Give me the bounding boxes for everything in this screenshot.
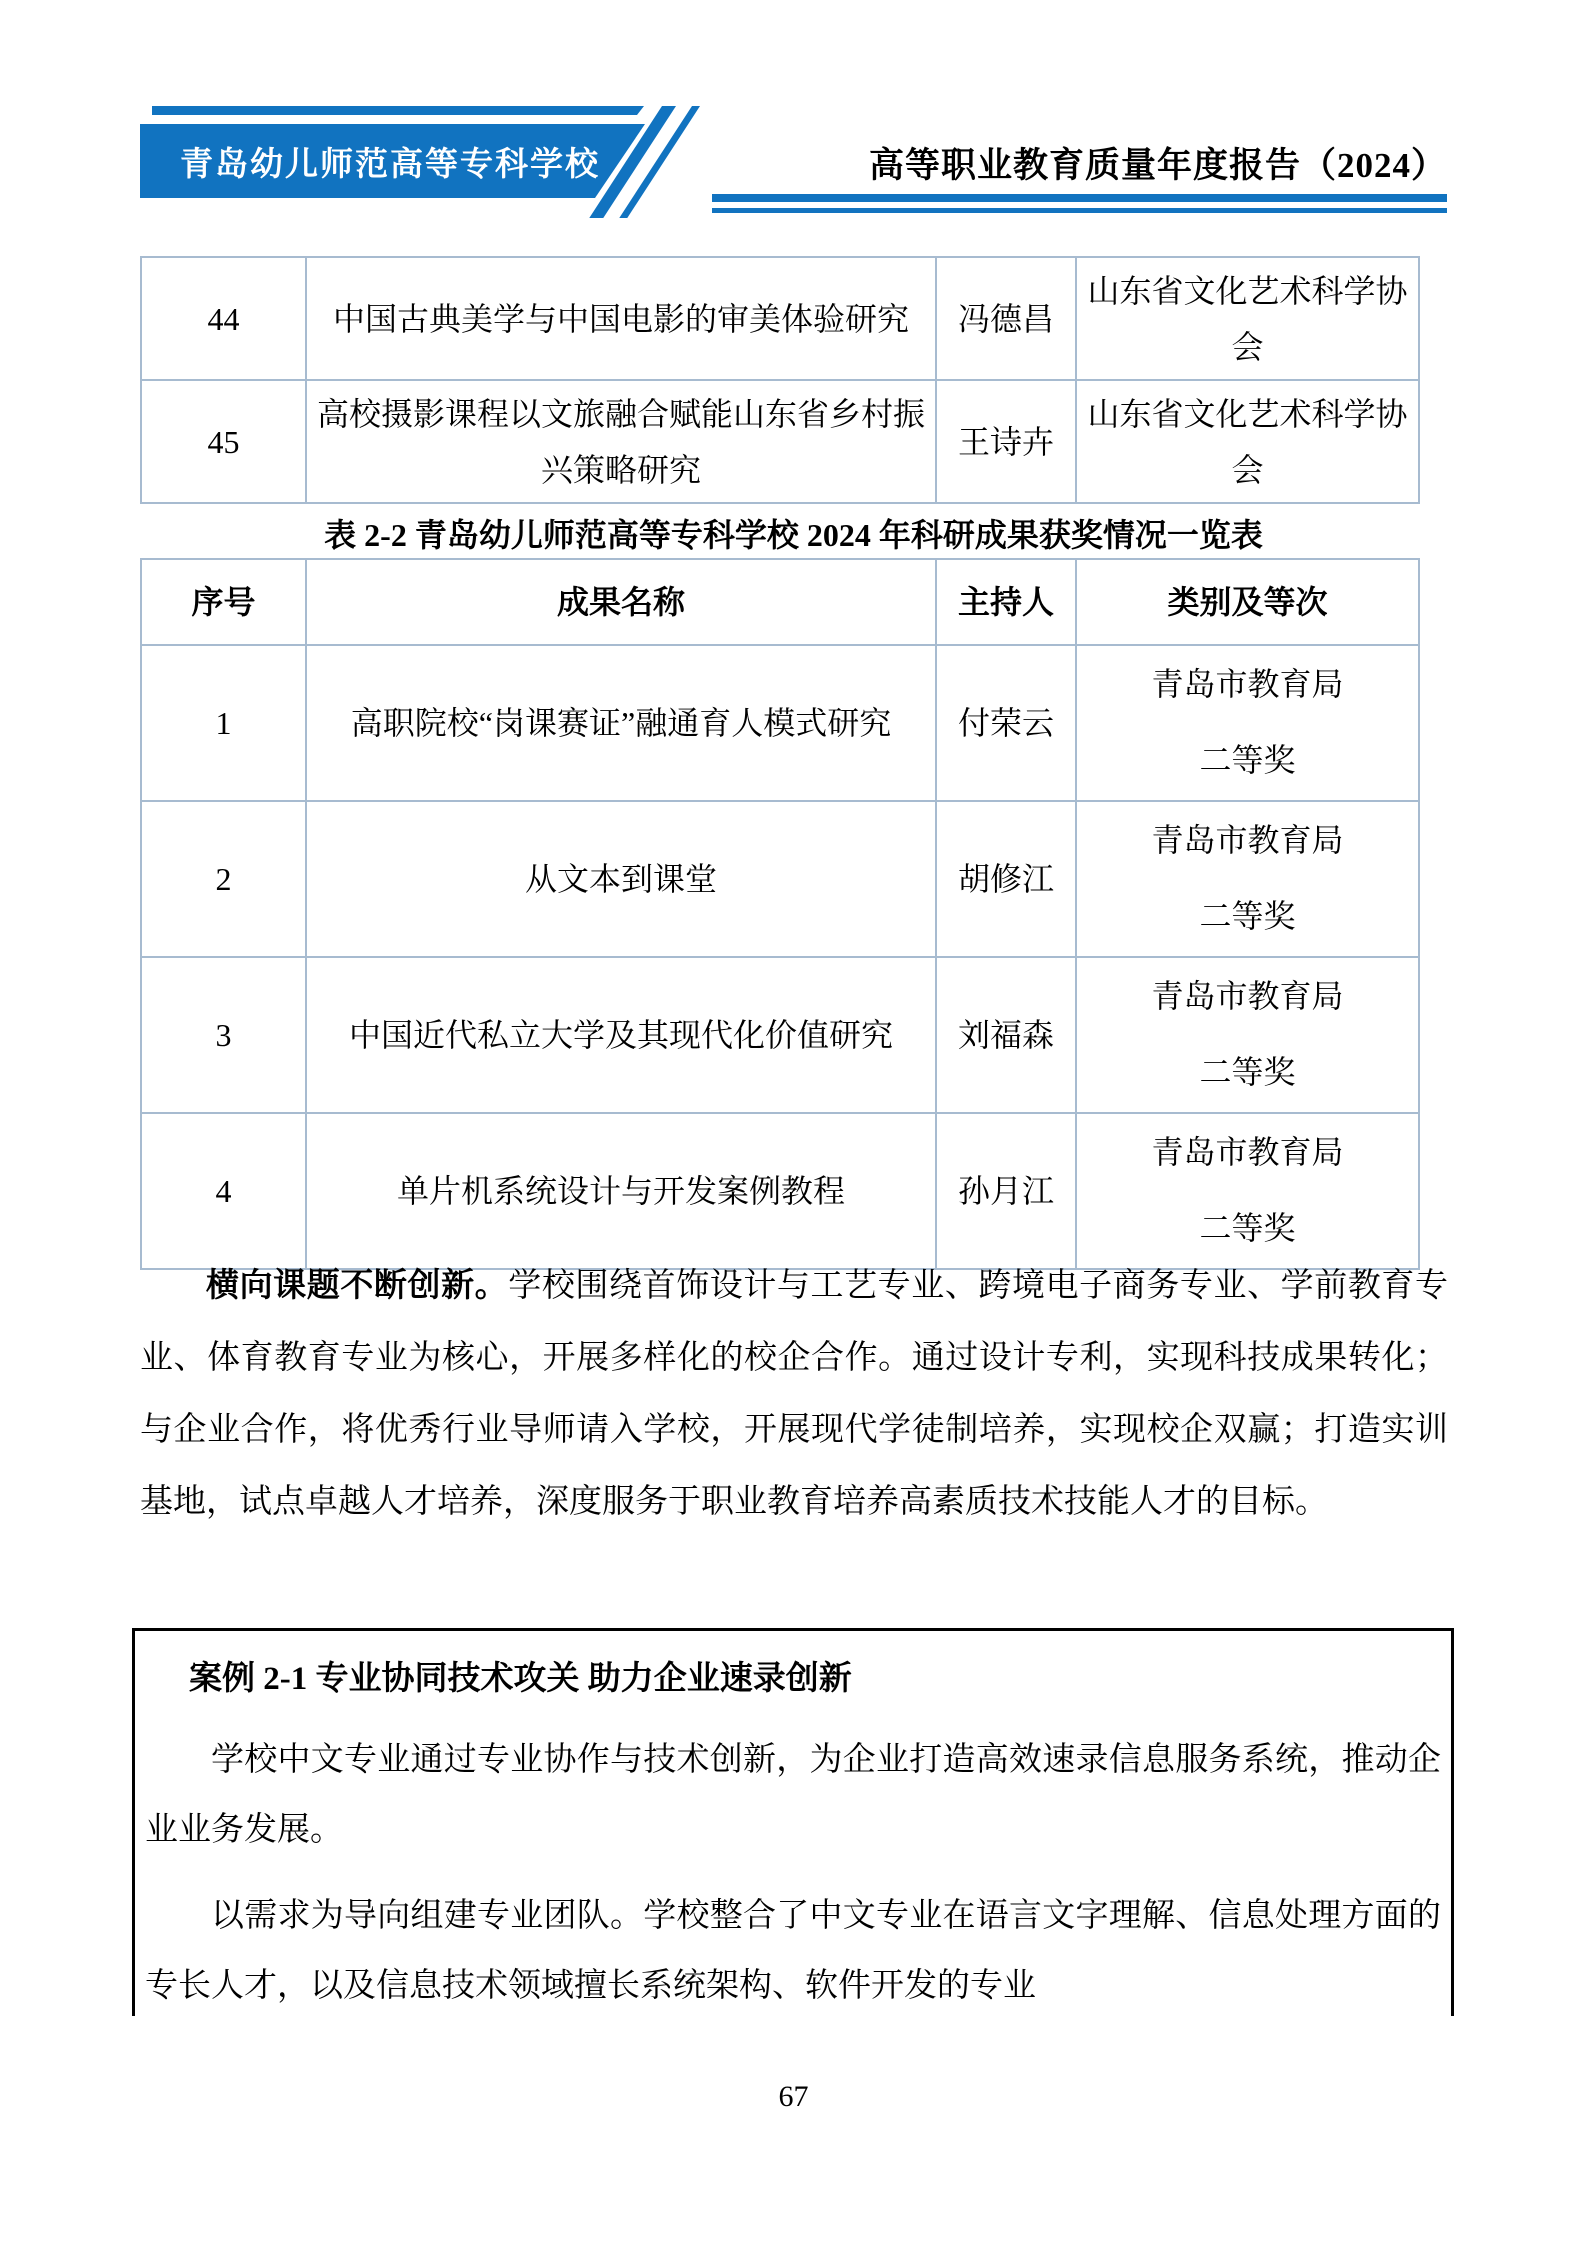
body-paragraph: 横向课题不断创新。学校围绕首饰设计与工艺专业、跨境电子商务专业、学前教育专业、体… [140,1250,1448,1538]
header-no: 序号 [141,559,306,645]
table-row: 3 中国近代私立大学及其现代化价值研究 刘福森 青岛市教育局 二等奖 [141,957,1419,1113]
leader-cell: 胡修江 [936,801,1076,957]
paragraph-lead: 横向课题不断创新。 [206,1268,508,1304]
project-name-cell: 中国古典美学与中国电影的审美体验研究 [306,257,936,380]
achievement-name-cell: 中国近代私立大学及其现代化价值研究 [306,957,936,1113]
category-award-cell: 青岛市教育局 二等奖 [1076,801,1419,957]
award-level: 二等奖 [1199,1052,1295,1094]
row-number-cell: 2 [141,801,306,957]
leader-cell: 孙月江 [936,1113,1076,1269]
case-paragraph-2: 以需求为导向组建专业团队。学校整合了中文专业在语言文字理解、信息处理方面的专长人… [145,1881,1441,2016]
table-caption: 表 2-2 青岛幼儿师范高等专科学校 2024 年科研成果获奖情况一览表 [140,510,1447,556]
award-level: 二等奖 [1199,896,1295,938]
header-rule-thick [712,194,1447,202]
award-stack: 青岛市教育局 二等奖 [1085,806,1410,952]
org-cell: 山东省文化艺术科学协会 [1076,257,1419,380]
category-award-cell: 青岛市教育局 二等奖 [1076,1113,1419,1269]
leader-cell: 付荣云 [936,645,1076,801]
table-row: 2 从文本到课堂 胡修江 青岛市教育局 二等奖 [141,801,1419,957]
project-name-cell: 高校摄影课程以文旅融合赋能山东省乡村振兴策略研究 [306,380,936,503]
award-level: 二等奖 [1199,1208,1295,1250]
org-cell: 山东省文化艺术科学协会 [1076,380,1419,503]
award-stack: 青岛市教育局 二等奖 [1085,962,1410,1108]
page-number: 67 [0,2080,1587,2114]
row-number-cell: 1 [141,645,306,801]
award-stack: 青岛市教育局 二等奖 [1085,650,1410,796]
leader-cell: 刘福森 [936,957,1076,1113]
header-name: 成果名称 [306,559,936,645]
achievement-name-cell: 从文本到课堂 [306,801,936,957]
award-category: 青岛市教育局 [1151,664,1343,706]
header-leader: 主持人 [936,559,1076,645]
header-rule-thin [712,208,1447,213]
header-category: 类别及等次 [1076,559,1419,645]
table-row: 4 单片机系统设计与开发案例教程 孙月江 青岛市教育局 二等奖 [141,1113,1419,1269]
case-title: 案例 2-1 专业协同技术攻关 助力企业速录创新 [145,1649,1441,1709]
report-page: 青岛幼儿师范高等专科学校 高等职业教育质量年度报告（2024） 44 中国古典美… [0,0,1587,2245]
award-category: 青岛市教育局 [1151,976,1343,1018]
banner-top-line [152,106,644,115]
school-banner: 青岛幼儿师范高等专科学校 [140,124,645,198]
table-row: 44 中国古典美学与中国电影的审美体验研究 冯德昌 山东省文化艺术科学协会 [141,257,1419,380]
row-number-cell: 4 [141,1113,306,1269]
paragraph-body: 学校围绕首饰设计与工艺专业、跨境电子商务专业、学前教育专业、体育教育专业为核心，… [140,1268,1448,1520]
award-category: 青岛市教育局 [1151,820,1343,862]
category-award-cell: 青岛市教育局 二等奖 [1076,957,1419,1113]
report-title: 高等职业教育质量年度报告（2024） [869,138,1447,188]
achievement-name-cell: 单片机系统设计与开发案例教程 [306,1113,936,1269]
row-number-cell: 3 [141,957,306,1113]
achievement-name-cell: 高职院校“岗课赛证”融通育人模式研究 [306,645,936,801]
leader-cell: 冯德昌 [936,257,1076,380]
award-stack: 青岛市教育局 二等奖 [1085,1118,1410,1264]
award-category: 青岛市教育局 [1151,1132,1343,1174]
case-paragraph-1: 学校中文专业通过专业协作与技术创新，为企业打造高效速录信息服务系统，推动企业业务… [145,1725,1441,1865]
case-study-box: 案例 2-1 专业协同技术攻关 助力企业速录创新 学校中文专业通过专业协作与技术… [132,1628,1454,2016]
row-number-cell: 45 [141,380,306,503]
research-projects-table-continuation: 44 中国古典美学与中国电影的审美体验研究 冯德昌 山东省文化艺术科学协会 45… [140,256,1420,504]
table-header-row: 序号 成果名称 主持人 类别及等次 [141,559,1419,645]
table-row: 1 高职院校“岗课赛证”融通育人模式研究 付荣云 青岛市教育局 二等奖 [141,645,1419,801]
row-number-cell: 44 [141,257,306,380]
award-level: 二等奖 [1199,740,1295,782]
table-row: 45 高校摄影课程以文旅融合赋能山东省乡村振兴策略研究 王诗卉 山东省文化艺术科… [141,380,1419,503]
leader-cell: 王诗卉 [936,380,1076,503]
awards-table: 序号 成果名称 主持人 类别及等次 1 高职院校“岗课赛证”融通育人模式研究 付… [140,558,1420,1270]
school-name: 青岛幼儿师范高等专科学校 [180,138,600,185]
category-award-cell: 青岛市教育局 二等奖 [1076,645,1419,801]
